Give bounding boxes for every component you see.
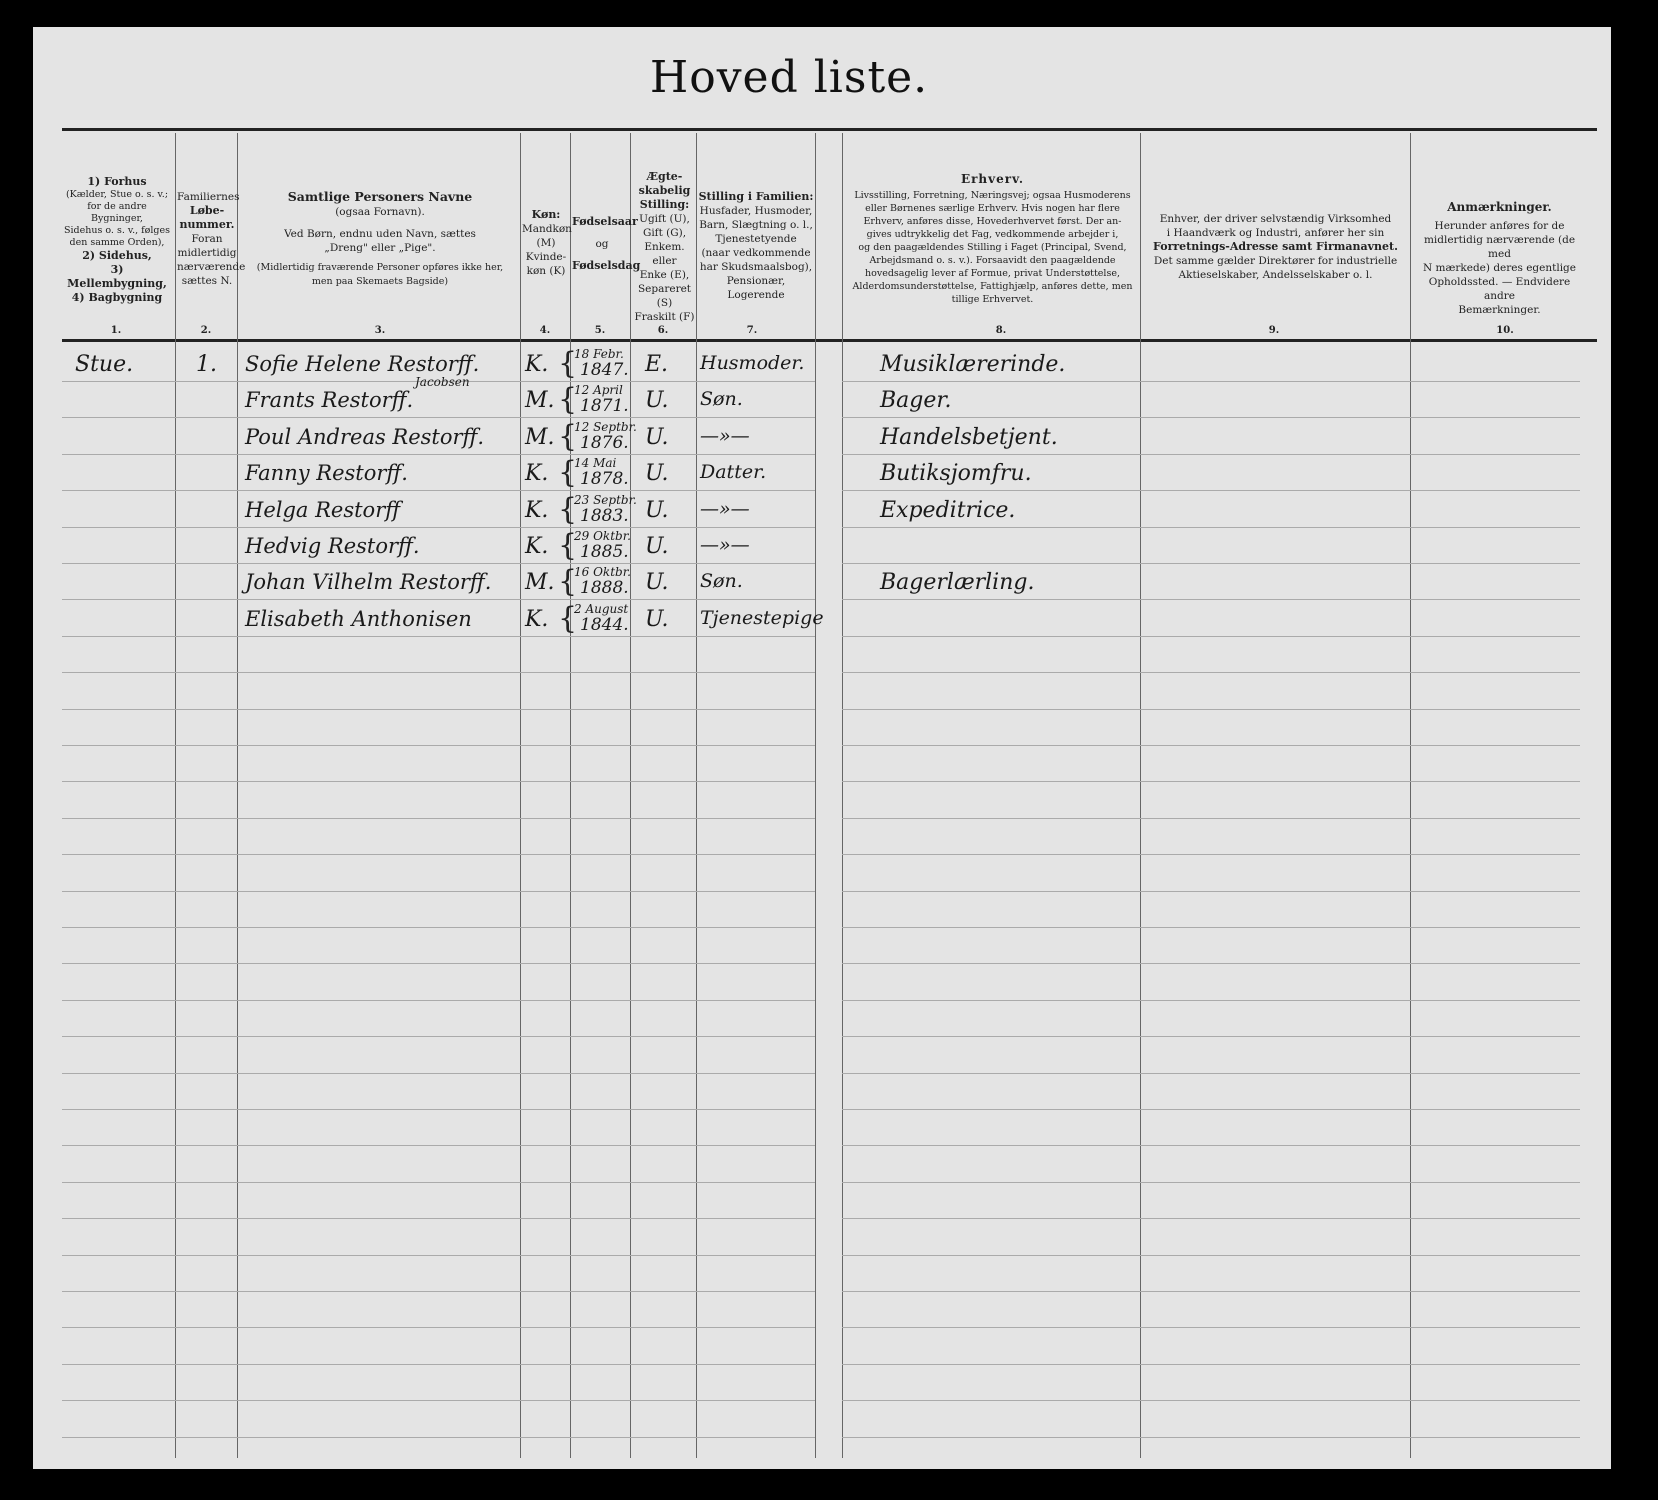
ruled-line (62, 417, 815, 418)
sex-cell: K. (525, 461, 548, 486)
birth-year-cell: 1878. (580, 469, 629, 489)
column-divider (237, 133, 238, 1458)
ruled-line (842, 818, 1580, 819)
ruled-line (842, 527, 1580, 528)
ruled-line (62, 1000, 815, 1001)
birth-day-cell: 14 Mai (574, 457, 616, 469)
ruled-line (62, 1327, 815, 1328)
family-role-cell: —»— (700, 534, 750, 556)
birth-year-cell: 1876. (580, 433, 629, 453)
marital-status-cell: U. (645, 425, 669, 450)
family-role-cell: Søn. (700, 570, 743, 592)
ruled-line (62, 599, 815, 600)
ruled-line (62, 672, 815, 673)
sex-cell: K. (525, 352, 548, 377)
ruled-line (62, 1036, 815, 1037)
col6-header: Ægte- skabelig Stilling: Ugift (U), Gift… (633, 170, 696, 324)
person-name-cell: Poul Andreas Restorff. (245, 425, 484, 449)
col7-header: Stilling i Familien: Husfader, Husmoder,… (697, 190, 815, 302)
header-top-rule (62, 128, 1597, 131)
ruled-line (62, 927, 815, 928)
name-annotation: Jacobsen (415, 376, 470, 388)
ruled-line (842, 672, 1580, 673)
ruled-line (842, 1109, 1580, 1110)
column-divider (1410, 133, 1411, 1458)
col8-header: Erhverv. Livsstilling, Forretning, Nærin… (845, 172, 1140, 306)
family-role-cell: —»— (700, 498, 750, 520)
marital-status-cell: U. (645, 498, 669, 523)
ruled-line (62, 1400, 815, 1401)
ruled-line (62, 1145, 815, 1146)
person-name-cell: Elisabeth Anthonisen (245, 607, 472, 631)
person-name-cell: Sofie Helene Restorff. (245, 352, 479, 376)
col-number-6: 6. (658, 325, 668, 336)
ruled-line (842, 1400, 1580, 1401)
occupation-cell: Bager. (880, 388, 951, 413)
column-divider (520, 133, 521, 1458)
col-number-9: 9. (1269, 325, 1279, 336)
ruled-line (62, 490, 815, 491)
ruled-line (62, 1437, 815, 1438)
birth-year-cell: 1844. (580, 615, 629, 635)
ruled-line (62, 1109, 815, 1110)
col-number-1: 1. (111, 325, 121, 336)
person-name-cell: Helga Restorff (245, 498, 400, 522)
person-name-cell: Hedvig Restorff. (245, 534, 420, 558)
birth-day-cell: 29 Oktbr. (574, 530, 631, 542)
ruled-line (842, 781, 1580, 782)
ruled-line (842, 1145, 1580, 1146)
ruled-line (62, 1182, 815, 1183)
birth-year-cell: 1883. (580, 506, 629, 526)
occupation-cell: Expeditrice. (880, 498, 1015, 523)
ruled-line (62, 1255, 815, 1256)
marital-status-cell: U. (645, 388, 669, 413)
birth-day-cell: 16 Oktbr. (574, 566, 631, 578)
ruled-line (842, 417, 1580, 418)
occupation-cell: Musiklærerinde. (880, 352, 1065, 377)
ruled-line (62, 1291, 815, 1292)
ruled-line (842, 1437, 1580, 1438)
ruled-line (842, 599, 1580, 600)
ruled-line (842, 1073, 1580, 1074)
birth-year-cell: 1885. (580, 542, 629, 562)
column-divider (696, 133, 697, 1458)
col-number-5: 5. (595, 325, 605, 336)
family-role-cell: Tjenestepige (700, 607, 824, 629)
ruled-line (842, 1255, 1580, 1256)
birth-year-cell: 1847. (580, 360, 629, 380)
marital-status-cell: U. (645, 607, 669, 632)
family-number-cell: 1. (196, 352, 217, 377)
page-title: Hoved liste. (0, 52, 1658, 103)
occupation-cell: Bagerlærling. (880, 570, 1034, 595)
ruled-line (62, 963, 815, 964)
ruled-line (842, 1364, 1580, 1365)
occupation-cell: Butiksjomfru. (880, 461, 1032, 486)
marital-status-cell: U. (645, 461, 669, 486)
ruled-line (842, 1182, 1580, 1183)
column-divider (1140, 133, 1141, 1458)
occupation-cell: Handelsbetjent. (880, 425, 1058, 450)
ruled-line (842, 854, 1580, 855)
col4-header: Køn: Mandkøn (M) Kvinde- køn (K) (522, 208, 570, 278)
ruled-line (842, 636, 1580, 637)
marital-status-cell: U. (645, 534, 669, 559)
birth-year-cell: 1888. (580, 578, 629, 598)
col-number-2: 2. (201, 325, 211, 336)
birth-day-cell: 23 Septbr. (574, 494, 637, 506)
column-divider (175, 133, 176, 1458)
column-divider (570, 133, 571, 1458)
ruled-line (842, 963, 1580, 964)
ruled-line (62, 745, 815, 746)
col1-header: 1) Forhus (Kælder, Stue o. s. v.; for de… (62, 175, 172, 305)
col-number-4: 4. (540, 325, 550, 336)
family-role-cell: Søn. (700, 388, 743, 410)
ruled-line (842, 891, 1580, 892)
col-number-7: 7. (747, 325, 757, 336)
ruled-line (62, 854, 815, 855)
ruled-line (842, 454, 1580, 455)
ruled-line (842, 490, 1580, 491)
col5-header: Fødselsaar og Fødselsdag (572, 215, 632, 273)
ruled-line (62, 781, 815, 782)
family-role-cell: Husmoder. (700, 352, 804, 374)
family-role-cell: —»— (700, 425, 750, 447)
col2-header: Familiernes Løbe- nummer. Foran midlerti… (177, 190, 237, 288)
birth-day-cell: 12 Septbr. (574, 421, 637, 433)
ruled-line (842, 709, 1580, 710)
ruled-line (842, 381, 1580, 382)
ruled-line (62, 818, 815, 819)
ruled-line (62, 891, 815, 892)
ruled-line (62, 527, 815, 528)
ruled-line (842, 1327, 1580, 1328)
ruled-line (842, 563, 1580, 564)
col-number-10: 10. (1496, 325, 1513, 336)
sex-cell: K. (525, 534, 548, 559)
ruled-line (842, 1000, 1580, 1001)
person-name-cell: Frants Restorff. (245, 388, 413, 412)
building-cell: Stue. (75, 352, 133, 377)
ruled-line (62, 636, 815, 637)
column-divider (630, 133, 631, 1458)
ruled-line (842, 1218, 1580, 1219)
birth-day-cell: 2 August (574, 603, 628, 615)
col9-header: Enhver, der driver selvstændig Virksomhe… (1143, 212, 1408, 282)
ruled-line (62, 563, 815, 564)
col-number-3: 3. (375, 325, 385, 336)
sex-cell: K. (525, 607, 548, 632)
ruled-line (62, 709, 815, 710)
col10-header: Anmærkninger. Herunder anføres for de mi… (1412, 200, 1587, 317)
column-divider (842, 133, 843, 1458)
person-name-cell: Fanny Restorff. (245, 461, 408, 485)
column-divider (815, 133, 816, 1458)
ruled-line (842, 1291, 1580, 1292)
marital-status-cell: E. (645, 352, 668, 377)
col-number-8: 8. (996, 325, 1006, 336)
ruled-line (62, 454, 815, 455)
col3-header: Samtlige Personers Navne (ogsaa Fornavn)… (240, 190, 520, 289)
ruled-line (62, 1073, 815, 1074)
family-role-cell: Datter. (700, 461, 766, 483)
ruled-line (62, 1218, 815, 1219)
sex-cell: M. (525, 425, 555, 450)
ruled-line (842, 1036, 1580, 1037)
sex-cell: M. (525, 388, 555, 413)
ruled-line (842, 745, 1580, 746)
header-bottom-rule (62, 339, 1597, 342)
ruled-line (842, 927, 1580, 928)
sex-cell: K. (525, 498, 548, 523)
sex-cell: M. (525, 570, 555, 595)
birth-year-cell: 1871. (580, 396, 629, 416)
birth-day-cell: 18 Febr. (574, 348, 624, 360)
ruled-line (62, 1364, 815, 1365)
birth-day-cell: 12 April (574, 384, 623, 396)
marital-status-cell: U. (645, 570, 669, 595)
person-name-cell: Johan Vilhelm Restorff. (245, 570, 491, 594)
